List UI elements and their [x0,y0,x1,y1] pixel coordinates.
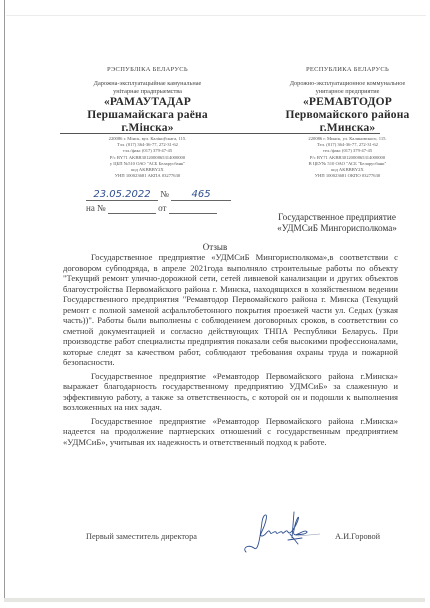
letterhead-right: РЕСПУБЛИКА БЕЛАРУСЬ Дорожно-эксплуатацио… [255,66,430,135]
org-name: «РАМАУТАДАР [55,96,240,109]
org-name: Першамайскага раёна [55,109,240,122]
signatory-name: А.И.Горовой [335,532,380,541]
address-block-left: 220086 г. Мiнск, вул. Калiноўскага, 115.… [55,136,240,179]
body-paragraph: Государственное предприятие «УДМСиБ Минг… [63,252,398,368]
body-paragraph: Государственное предприятие «Ремавтодор … [63,371,398,413]
org-type: Дарожна-эксплуатацыйнае камунальнае [55,80,240,88]
address-line: УНП 100023681 ОКПО 03277630 [255,173,430,179]
country-label: РЕСПУБЛИКА БЕЛАРУСЬ [255,66,430,73]
document-title: Отзыв [0,242,430,252]
org-type: унитарное предприятие [255,88,430,96]
org-name: Первомайского района [255,109,430,122]
outgoing-number: 465 [171,189,231,201]
reference-number-blank [108,203,156,214]
letterhead-divider [60,133,380,134]
reference-date-blank [169,203,217,214]
reference-label: на № [86,203,106,213]
handwritten-signature-icon [240,508,320,558]
address-block-right: 220086 г. Минск, ул. Калиновского, 115. … [255,136,430,179]
org-type: Дорожно-эксплуатационное коммунальное [255,80,430,88]
document-body: Государственное предприятие «УДМСиБ Минг… [63,252,398,450]
reference-line: на № от [86,203,217,214]
reference-from-label: от [158,203,166,213]
addressee-line: «УДМСиБ Мингорисполкома» [262,223,412,234]
org-name: «РЕМАВТОДОР [255,96,430,109]
scan-artifact-line [6,15,426,16]
page-bottom-edge [4,598,425,602]
registration-line: 23.05.2022 № 465 [86,189,231,201]
outgoing-date: 23.05.2022 [86,189,158,201]
number-label: № [160,189,169,199]
signatory-position: Первый заместитель директора [86,532,197,541]
letterhead-left: РЭСПУБЛIКА БЕЛАРУСЬ Дарожна-эксплуатацый… [55,66,240,135]
org-type: унiтарнае прадпрыемства [55,88,240,96]
addressee-block: Государственное предприятие «УДМСиБ Минг… [262,212,412,234]
country-label: РЭСПУБЛIКА БЕЛАРУСЬ [55,66,240,73]
address-line: УНП 100023681 АКПА 03277630 [55,173,240,179]
addressee-line: Государственное предприятие [262,212,412,223]
body-paragraph: Государственное предприятие «Ремавтодор … [63,416,398,448]
